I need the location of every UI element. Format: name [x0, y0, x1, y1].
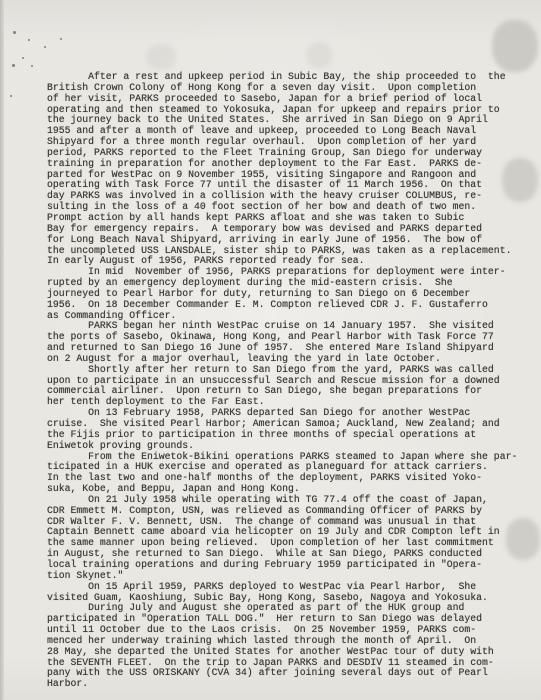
text-line: Shortly after her return to San Diego fr… — [47, 365, 527, 376]
text-line: Harbor. — [47, 679, 527, 690]
text-line: CDR Emmett M. Compton, USN, was relieved… — [47, 506, 527, 517]
scan-speckle — [28, 39, 30, 41]
scan-speckle — [12, 64, 15, 67]
document-text: After a rest and upkeep period in Subic … — [47, 72, 527, 690]
paragraph: PARKS began her ninth WestPac cruise on … — [47, 321, 527, 364]
scan-smudge — [146, 44, 176, 70]
scan-smudge — [492, 20, 538, 72]
paragraph: After a rest and upkeep period in Subic … — [47, 72, 527, 267]
scan-edge-shadow — [0, 0, 4, 700]
text-line: for Long Beach Naval Shipyard, arriving … — [47, 235, 527, 246]
paragraph: Shortly after her return to San Diego fr… — [47, 365, 527, 408]
scan-speckle — [22, 57, 24, 59]
document-page: After a rest and upkeep period in Subic … — [0, 0, 541, 700]
text-line: On 15 April 1959, PARKS deployed to West… — [47, 582, 527, 593]
paragraph: On 13 February 1958, PARKS departed San … — [47, 408, 527, 451]
scan-smudge — [306, 42, 332, 68]
paragraph: On 15 April 1959, PARKS deployed to West… — [47, 582, 527, 690]
scan-smudge — [506, 518, 540, 560]
scan-speckle — [60, 38, 62, 40]
scan-speckle — [13, 31, 16, 34]
paragraph: On 21 July 1958 while operating with TG … — [47, 495, 527, 582]
text-line: 28 May, she departed the United States f… — [47, 647, 527, 658]
text-line: 1956. On 18 December Commander E. M. Com… — [47, 300, 527, 311]
scan-speckle — [31, 65, 33, 67]
text-line: of her visit, PARKS proceeded to Sasebo,… — [47, 94, 527, 105]
paragraph: From the Eniwetok-Bikini operations PARK… — [47, 452, 527, 495]
scan-speckle — [10, 95, 12, 97]
text-line: training in preparation for another depl… — [47, 159, 527, 170]
paragraph: In mid November of 1956, PARKS preparati… — [47, 267, 527, 321]
text-line: pany with the USS ORISKANY (CVA 34) afte… — [47, 668, 527, 679]
scan-speckle — [44, 46, 46, 48]
scan-smudge — [502, 158, 538, 202]
text-line: Eniwetok proving grounds. — [47, 441, 527, 452]
